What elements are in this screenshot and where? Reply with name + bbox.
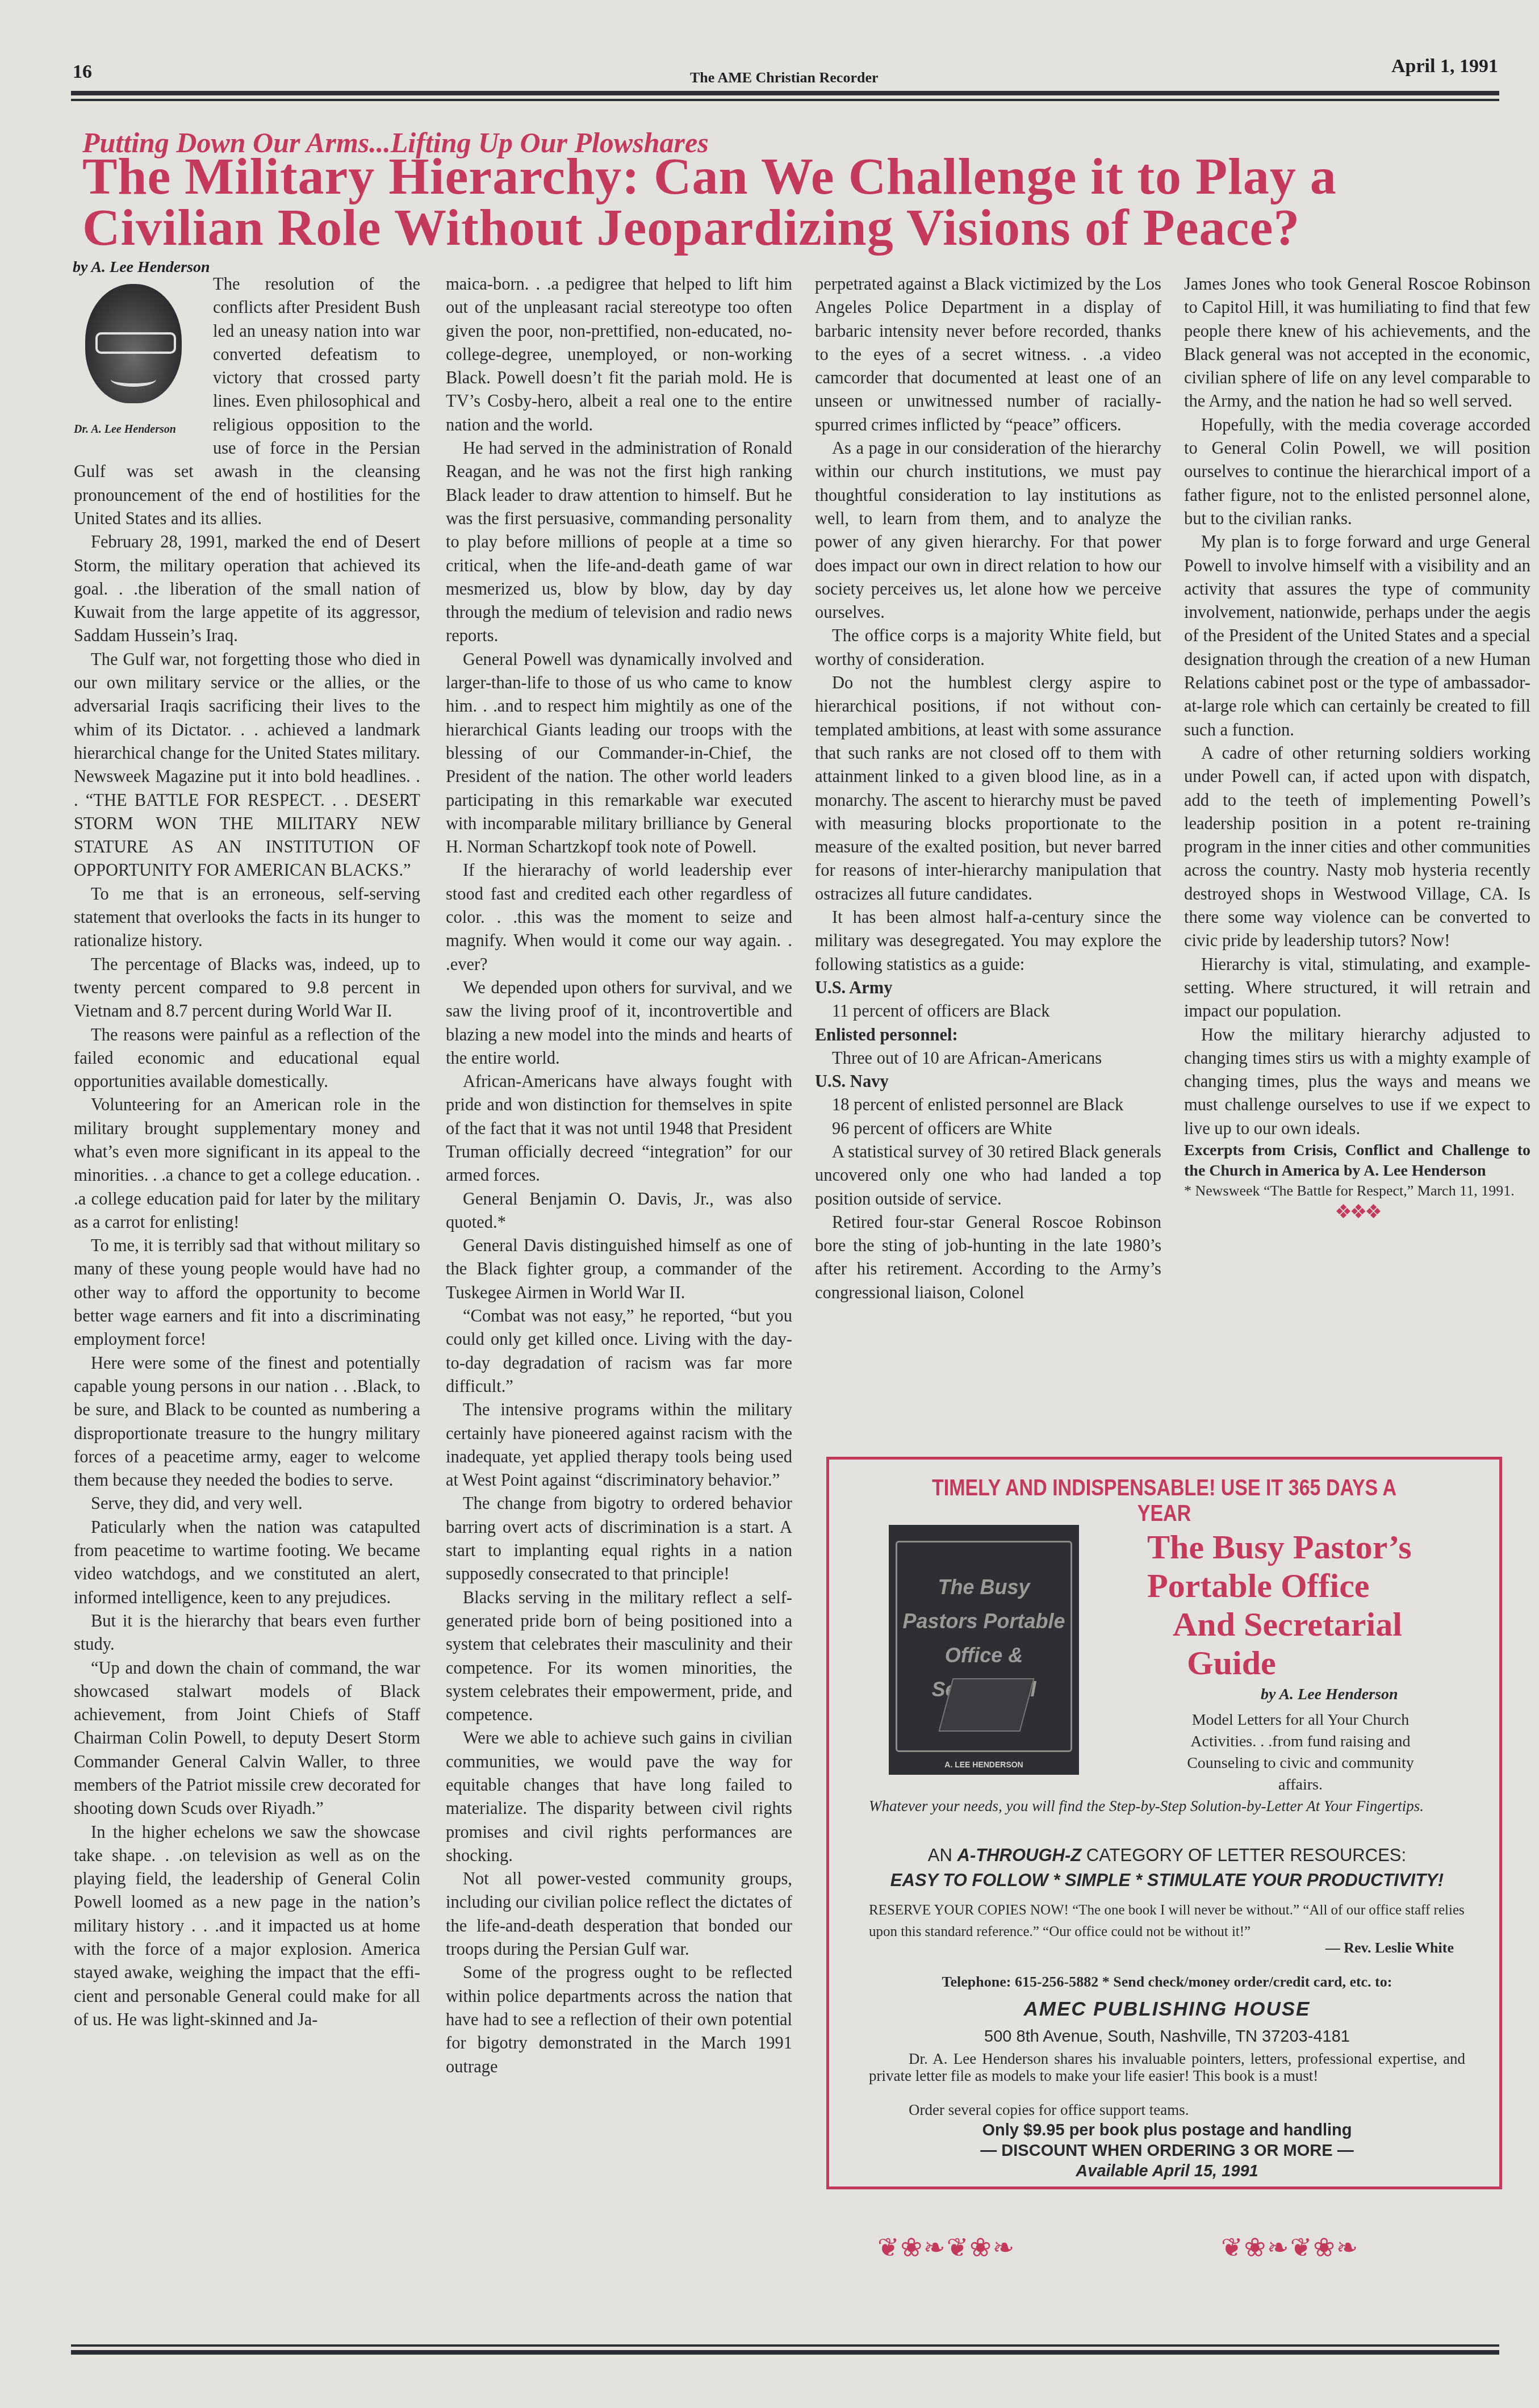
headline-line-2: Civilian Role Without Jeopardizing Visio… — [82, 202, 1502, 253]
stats-heading-navy: U.S. Navy — [815, 1070, 1161, 1093]
paragraph: The percentage of Blacks was, indeed, up… — [74, 953, 420, 1023]
header-rule-thin — [71, 99, 1499, 101]
article-column-3: perpetrated against a Black victimized b… — [815, 273, 1161, 1305]
paragraph: The office corps is a majority White fie… — [815, 624, 1161, 671]
decorative-ornament-icon: ❦❀❧❦❀❧ — [877, 2232, 1015, 2263]
ad-features-line: EASY TO FOLLOW * SIMPLE * STIMULATE YOUR… — [869, 1868, 1465, 1893]
paragraph: The Gulf war, not forgetting those who d… — [74, 648, 420, 883]
paragraph: A cadre of other returning soldiers work… — [1184, 742, 1530, 953]
paragraph: Here were some of the finest and poten­t… — [74, 1352, 420, 1493]
stats-line: 96 percent of officers are White — [815, 1117, 1161, 1140]
ad-title-line: Portable Office — [1147, 1566, 1412, 1605]
ad-title-line: And Secretarial — [1147, 1605, 1412, 1644]
paragraph: perpetrated against a Black victimized b… — [815, 273, 1161, 437]
az-prefix: AN — [928, 1845, 957, 1865]
paragraph: General Powell was dynamically in­volved… — [446, 648, 792, 859]
paragraph: Hopefully, with the media coverage ac­co… — [1184, 413, 1530, 530]
paragraph: Serve, they did, and very well. — [74, 1492, 420, 1515]
page-number: 16 — [73, 61, 92, 83]
article-column-4: James Jones who took General Roscoe Robi… — [1184, 273, 1530, 1224]
paragraph: “Up and down the chain of command, the w… — [74, 1657, 420, 1821]
paragraph: Blacks serving in the military reflect a… — [446, 1586, 792, 1727]
paragraph: Do not the humblest clergy aspire to hie… — [815, 671, 1161, 906]
ad-top-banner: TIMELY AND INDISPENSABLE! USE IT 365 DAY… — [913, 1475, 1415, 1527]
paragraph: James Jones who took General Roscoe Robi… — [1184, 273, 1530, 413]
portrait-glasses — [95, 332, 176, 354]
paragraph: It has been almost half-a-century since … — [815, 906, 1161, 976]
paragraph: In the higher echelons we saw the showca… — [74, 1821, 420, 2032]
ad-title-line: The Busy Pastor’s — [1147, 1528, 1412, 1566]
paragraph: As a page in our consideration of the hi… — [815, 437, 1161, 624]
paragraph: Retired four-star General Roscoe Robin­s… — [815, 1211, 1161, 1305]
article-column-1: Dr. A. Lee Henderson The resolution of t… — [74, 273, 420, 2031]
portrait-caption: Dr. A. Lee Henderson — [74, 418, 176, 441]
article-headline: The Military Hierarchy: Can We Challenge… — [82, 150, 1502, 253]
paragraph: My plan is to forge forward and urge Gen… — [1184, 530, 1530, 742]
publication-name: The AME Christian Recorder — [690, 69, 878, 86]
ad-book-title: The Busy Pastor’s Portable Office And Se… — [1147, 1528, 1412, 1682]
paragraph: Not all power-vested community groups, i… — [446, 1867, 792, 1961]
paragraph: A statistical survey of 30 retired Black… — [815, 1140, 1161, 1211]
ad-order-note: Order several copies for office support … — [909, 2101, 1189, 2119]
ad-title-line: Guide — [1147, 1644, 1412, 1682]
ad-category-line: AN A-THROUGH-Z CATEGORY OF LETTER RESOUR… — [869, 1843, 1465, 1893]
paragraph: If the hierarachy of world leadership ev… — [446, 859, 792, 976]
stats-line: 11 percent of officers are Black — [815, 1000, 1161, 1023]
paragraph: Some of the progress ought to be reflect… — [446, 1961, 792, 2078]
paragraph: African-Americans have always fought wit… — [446, 1070, 792, 1187]
paragraph: To me that is an erroneous, self-serving… — [74, 883, 420, 953]
testimonial-signature: — Rev. Leslie White — [1325, 1939, 1454, 1956]
stats-line: Three out of 10 are African-Americans — [815, 1047, 1161, 1070]
author-portrait: Dr. A. Lee Henderson — [74, 278, 199, 437]
publisher-name: AMEC PUBLISHING HOUSE — [869, 1998, 1465, 2021]
portrait-smile — [111, 372, 156, 387]
stats-heading-army: U.S. Army — [815, 976, 1161, 1000]
publisher-address: 500 8th Avenue, South, Nashville, TN 372… — [869, 2027, 1465, 2046]
ad-testimonials: RESERVE YOUR COPIES NOW! “The one book I… — [869, 1900, 1465, 1943]
stats-line: 18 percent of enlisted personnel are Bla… — [815, 1093, 1161, 1117]
issue-date: April 1, 1991 — [1391, 56, 1498, 77]
paragraph: Paticularly when the nation was catapult… — [74, 1516, 420, 1609]
paragraph: The reasons were painful as a reflection… — [74, 1023, 420, 1094]
paragraph: maica-born. . .a pedigree that helped to… — [446, 273, 792, 437]
paragraph: The change from bigotry to ordered behav… — [446, 1492, 792, 1586]
paragraph: February 28, 1991, marked the end of Des… — [74, 530, 420, 647]
headline-line-1: The Military Hierarchy: Can We Challenge… — [82, 150, 1502, 202]
az-emphasis: A-THROUGH-Z — [957, 1845, 1082, 1865]
ad-discount: — DISCOUNT WHEN ORDERING 3 OR MORE — — [869, 2141, 1465, 2161]
paragraph: General Benjamin O. Davis, Jr., was also… — [446, 1188, 792, 1235]
ad-description: Dr. A. Lee Henderson shares his invaluab… — [869, 2050, 1465, 2084]
book-cover-author: A. LEE HENDERSON — [889, 1760, 1079, 1769]
footer-rule-thick — [71, 2350, 1499, 2355]
header-rule-thick — [71, 91, 1499, 95]
ad-byline: by A. Lee Henderson — [1261, 1686, 1398, 1704]
paragraph: But it is the hierarchy that bears even … — [74, 1609, 420, 1657]
newspaper-page: 16 The AME Christian Recorder April 1, 1… — [0, 0, 1539, 2408]
footer-rule-thin — [71, 2344, 1499, 2347]
article-column-2: maica-born. . .a pedigree that helped to… — [446, 273, 792, 2079]
paragraph: Volunteering for an American role in the… — [74, 1093, 420, 1234]
briefcase-icon — [938, 1678, 1034, 1732]
paragraph: Were we able to achieve such gains in ci… — [446, 1726, 792, 1867]
ad-telephone: Telephone: 615-256-5882 * Send check/mon… — [869, 1974, 1465, 1991]
book-cover-image: The Busy Pastors Portable Office & Secre… — [889, 1525, 1079, 1775]
paragraph: He had served in the administration of R… — [446, 437, 792, 648]
ad-pricing: Only $9.95 per book plus postage and han… — [869, 2120, 1465, 2181]
ad-availability: Available April 15, 1991 — [869, 2161, 1465, 2181]
paragraph: Hierarchy is vital, stimulating, and exa… — [1184, 953, 1530, 1023]
footnote: * Newsweek “The Battle for Respect,” Mar… — [1184, 1181, 1530, 1201]
book-advertisement: TIMELY AND INDISPENSABLE! USE IT 365 DAY… — [826, 1457, 1502, 2189]
ad-price: Only $9.95 per book plus postage and han… — [869, 2120, 1465, 2141]
paragraph: How the military hierarchy adjusted to c… — [1184, 1023, 1530, 1140]
paragraph: To me, it is terribly sad that without m… — [74, 1234, 420, 1351]
end-of-article-dingbat-icon: ❖❖❖ — [1184, 1201, 1530, 1224]
excerpt-source-note: Excerpts from Crisis, Conflict and Chall… — [1184, 1140, 1530, 1181]
paragraph: The intensive programs within the milita… — [446, 1398, 792, 1492]
ad-tagline: Whatever your needs, you will find the S… — [869, 1795, 1465, 1817]
az-suffix: CATEGORY OF LETTER RESOURCES: — [1081, 1845, 1406, 1865]
stats-heading-enlisted: Enlisted personnel: — [815, 1023, 1161, 1047]
ad-blurb: Model Letters for all Your Church Activi… — [1170, 1709, 1431, 1796]
paragraph: “Combat was not easy,” he reported, “but… — [446, 1305, 792, 1398]
paragraph: General Davis distinguished himself as o… — [446, 1234, 792, 1305]
paragraph: We depended upon others for survival, an… — [446, 976, 792, 1070]
decorative-ornament-icon: ❦❀❧❦❀❧ — [1221, 2232, 1359, 2263]
